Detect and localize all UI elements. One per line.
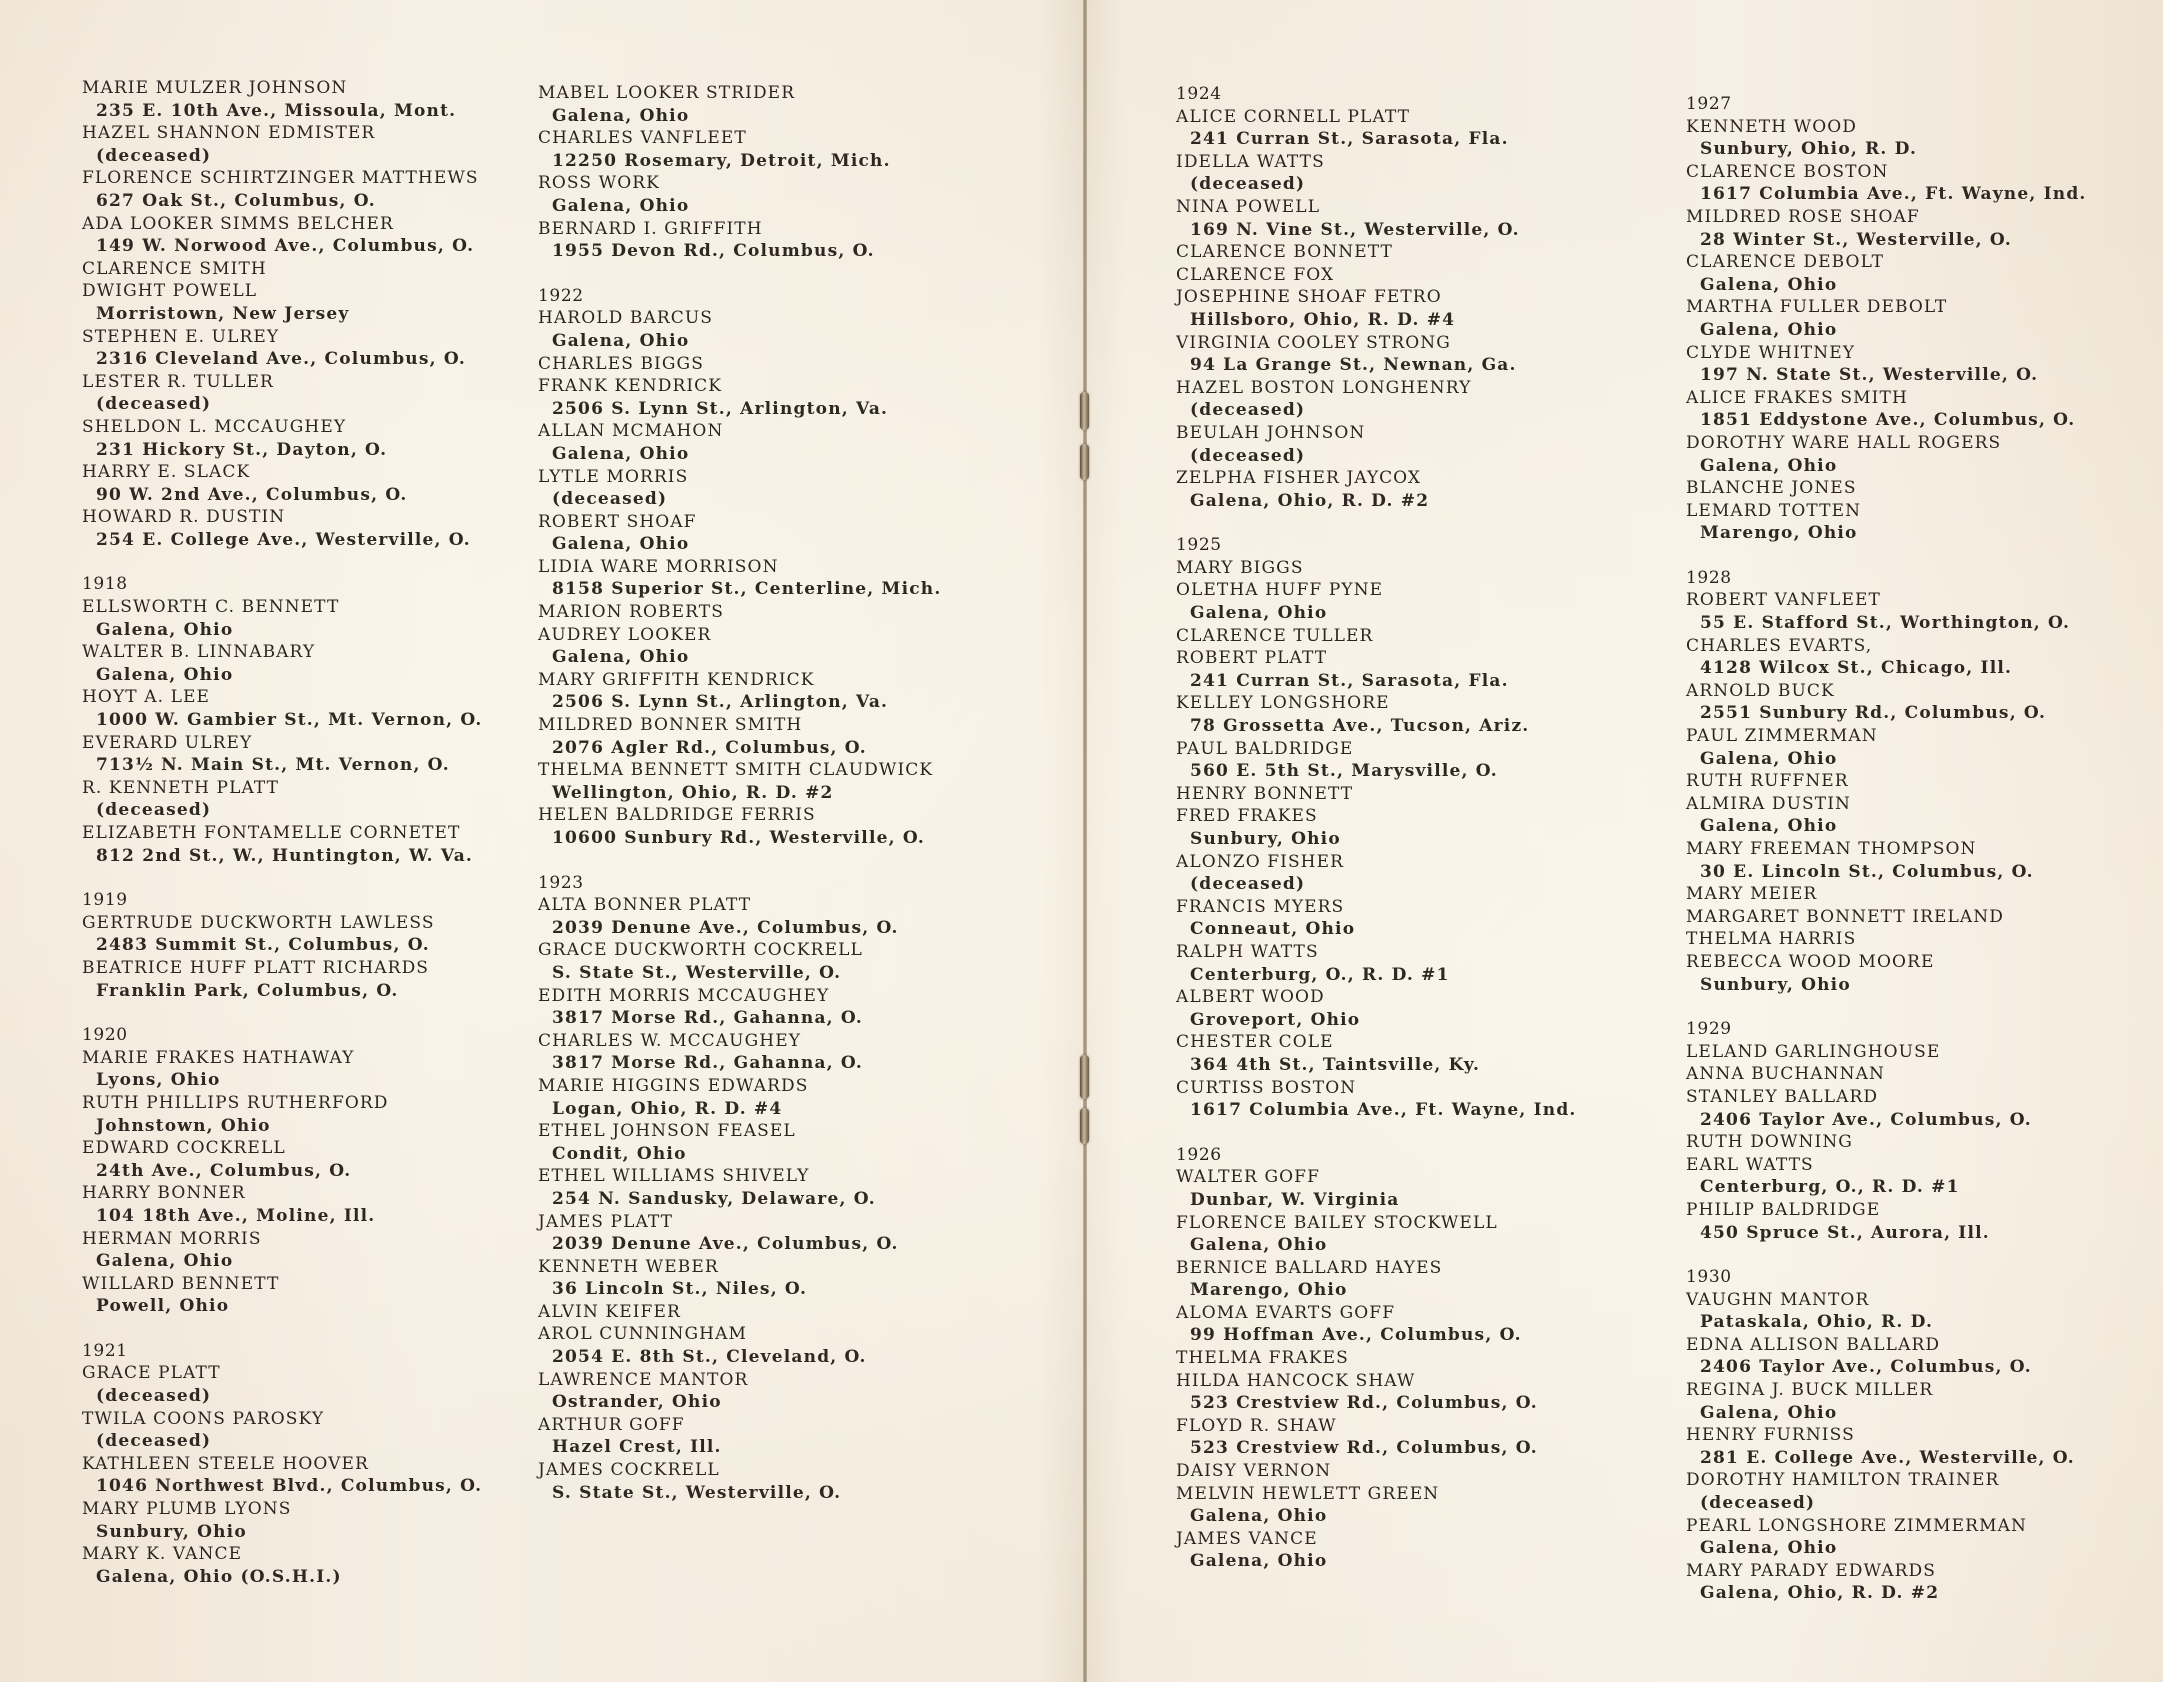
alumnus-name: PAUL BALDRIDGE xyxy=(1176,738,1577,761)
alumnus-address: 241 Curran St., Sarasota, Fla. xyxy=(1176,128,1577,151)
alumnus-address: 1617 Columbia Ave., Ft. Wayne, Ind. xyxy=(1686,183,2087,206)
booklet-spine xyxy=(1083,0,1087,1682)
alumnus-address: 55 E. Stafford St., Worthington, O. xyxy=(1686,612,2087,635)
class-year-heading: 1925 xyxy=(1176,534,1577,557)
alumnus-address: Galena, Ohio xyxy=(1686,455,2087,478)
class-year-section: 1930VAUGHN MANTORPataskala, Ohio, R. D.E… xyxy=(1686,1266,2087,1605)
alumnus-address: Galena, Ohio (O.S.H.I.) xyxy=(82,1566,483,1589)
alumnus-name: THELMA BENNETT SMITH CLAUDWICK xyxy=(538,759,941,782)
alumnus-name: ROSS WORK xyxy=(538,172,941,195)
class-year-heading: 1929 xyxy=(1686,1018,2087,1041)
alumnus-address: Centerburg, O., R. D. #1 xyxy=(1176,964,1577,987)
alumnus-address: 24th Ave., Columbus, O. xyxy=(82,1160,483,1183)
alumnus-address: Sunbury, Ohio xyxy=(1686,974,2087,997)
alumnus-address: 2506 S. Lynn St., Arlington, Va. xyxy=(538,398,941,421)
alumnus-name: FLORENCE BAILEY STOCKWELL xyxy=(1176,1212,1577,1235)
alumnus-address: 1617 Columbia Ave., Ft. Wayne, Ind. xyxy=(1176,1099,1577,1122)
alumnus-name: CLARENCE FOX xyxy=(1176,264,1577,287)
alumnus-address: Dunbar, W. Virginia xyxy=(1176,1189,1577,1212)
alumnus-name: HAROLD BARCUS xyxy=(538,307,941,330)
alumnus-name: EDWARD COCKRELL xyxy=(82,1137,483,1160)
alumnus-name: TWILA COONS PAROSKY xyxy=(82,1408,483,1431)
alumnus-name: ARNOLD BUCK xyxy=(1686,680,2087,703)
section-spacer xyxy=(1686,996,2087,1018)
alumnus-name: HARRY BONNER xyxy=(82,1182,483,1205)
alumnus-name: MARIE HIGGINS EDWARDS xyxy=(538,1075,941,1098)
alumnus-address: Galena, Ohio xyxy=(82,1250,483,1273)
section-spacer xyxy=(538,263,941,285)
alumnus-name: KATHLEEN STEELE HOOVER xyxy=(82,1453,483,1476)
alumnus-name: MARY GRIFFITH KENDRICK xyxy=(538,669,941,692)
alumnus-name: DOROTHY WARE HALL ROGERS xyxy=(1686,432,2087,455)
alumnus-name: ETHEL WILLIAMS SHIVELY xyxy=(538,1165,941,1188)
class-year-heading: 1922 xyxy=(538,285,941,308)
alumnus-address: 450 Spruce St., Aurora, Ill. xyxy=(1686,1222,2087,1245)
class-year-heading: 1918 xyxy=(82,573,483,596)
alumnus-name: MARY BIGGS xyxy=(1176,557,1577,580)
alumnus-address: Conneaut, Ohio xyxy=(1176,918,1577,941)
alumnus-address: Marengo, Ohio xyxy=(1686,522,2087,545)
alumnus-address: Sunbury, Ohio xyxy=(82,1521,483,1544)
alumnus-name: ADA LOOKER SIMMS BELCHER xyxy=(82,213,483,236)
alumnus-address: 254 N. Sandusky, Delaware, O. xyxy=(538,1188,941,1211)
class-year-heading: 1920 xyxy=(82,1024,483,1047)
alumnus-address: 2483 Summit St., Columbus, O. xyxy=(82,934,483,957)
alumnus-name: HAZEL BOSTON LONGHENRY xyxy=(1176,377,1577,400)
alumnus-name: MARIE FRAKES HATHAWAY xyxy=(82,1047,483,1070)
alumnus-name: GERTRUDE DUCKWORTH LAWLESS xyxy=(82,912,483,935)
deceased-note: (deceased) xyxy=(82,1430,483,1453)
alumnus-address: 713½ N. Main St., Mt. Vernon, O. xyxy=(82,754,483,777)
directory-column-4: 1927KENNETH WOODSunbury, Ohio, R. D.CLAR… xyxy=(1686,93,2087,1605)
alumnus-address: 627 Oak St., Columbus, O. xyxy=(82,190,483,213)
alumnus-address: Galena, Ohio xyxy=(1176,1505,1577,1528)
alumnus-name: KENNETH WOOD xyxy=(1686,116,2087,139)
staple-icon xyxy=(1080,444,1089,480)
section-spacer xyxy=(82,551,483,573)
alumnus-address: Galena, Ohio, R. D. #2 xyxy=(1176,490,1577,513)
alumnus-address: 2551 Sunbury Rd., Columbus, O. xyxy=(1686,702,2087,725)
alumnus-address: Galena, Ohio xyxy=(538,195,941,218)
section-spacer xyxy=(538,850,941,872)
alumnus-name: CHARLES BIGGS xyxy=(538,353,941,376)
class-year-heading: 1919 xyxy=(82,889,483,912)
class-year-section: MARIE MULZER JOHNSON235 E. 10th Ave., Mi… xyxy=(82,77,483,551)
alumnus-name: CHESTER COLE xyxy=(1176,1031,1577,1054)
alumnus-name: OLETHA HUFF PYNE xyxy=(1176,579,1577,602)
alumnus-address: 812 2nd St., W., Huntington, W. Va. xyxy=(82,845,483,868)
alumnus-name: ALVIN KEIFER xyxy=(538,1301,941,1324)
alumnus-name: BERNICE BALLARD HAYES xyxy=(1176,1257,1577,1280)
deceased-note: (deceased) xyxy=(82,145,483,168)
alumnus-address: Galena, Ohio xyxy=(538,105,941,128)
class-year-heading: 1924 xyxy=(1176,83,1577,106)
staple-icon xyxy=(1080,1055,1089,1099)
alumnus-name: MARY PLUMB LYONS xyxy=(82,1498,483,1521)
alumnus-address: 8158 Superior St., Centerline, Mich. xyxy=(538,578,941,601)
alumnus-name: ELLSWORTH C. BENNETT xyxy=(82,596,483,619)
class-year-section: 1922HAROLD BARCUSGalena, OhioCHARLES BIG… xyxy=(538,285,941,850)
deceased-note: (deceased) xyxy=(1176,873,1577,896)
alumnus-name: EDITH MORRIS MCCAUGHEY xyxy=(538,985,941,1008)
alumnus-name: ALICE CORNELL PLATT xyxy=(1176,106,1577,129)
alumnus-name: PAUL ZIMMERMAN xyxy=(1686,725,2087,748)
alumnus-name: HAZEL SHANNON EDMISTER xyxy=(82,122,483,145)
alumnus-name: CLARENCE BONNETT xyxy=(1176,241,1577,264)
alumnus-address: 235 E. 10th Ave., Missoula, Mont. xyxy=(82,100,483,123)
alumnus-name: ALICE FRAKES SMITH xyxy=(1686,387,2087,410)
alumnus-address: Wellington, Ohio, R. D. #2 xyxy=(538,782,941,805)
alumnus-address: 1000 W. Gambier St., Mt. Vernon, O. xyxy=(82,709,483,732)
alumnus-address: Centerburg, O., R. D. #1 xyxy=(1686,1176,2087,1199)
alumnus-address: 94 La Grange St., Newnan, Ga. xyxy=(1176,354,1577,377)
alumnus-name: LEMARD TOTTEN xyxy=(1686,500,2087,523)
alumnus-name: LELAND GARLINGHOUSE xyxy=(1686,1041,2087,1064)
alumnus-name: CLYDE WHITNEY xyxy=(1686,342,2087,365)
alumnus-name: THELMA HARRIS xyxy=(1686,928,2087,951)
section-spacer xyxy=(82,1318,483,1340)
alumnus-address: Galena, Ohio xyxy=(1686,274,2087,297)
alumnus-address: 90 W. 2nd Ave., Columbus, O. xyxy=(82,484,483,507)
alumnus-address: 2506 S. Lynn St., Arlington, Va. xyxy=(538,691,941,714)
alumnus-address: Condit, Ohio xyxy=(538,1143,941,1166)
alumnus-name: JOSEPHINE SHOAF FETRO xyxy=(1176,286,1577,309)
alumnus-name: KELLEY LONGSHORE xyxy=(1176,692,1577,715)
alumnus-name: ALONZO FISHER xyxy=(1176,851,1577,874)
alumnus-name: STEPHEN E. ULREY xyxy=(82,326,483,349)
alumnus-name: BLANCHE JONES xyxy=(1686,477,2087,500)
alumnus-name: THELMA FRAKES xyxy=(1176,1347,1577,1370)
deceased-note: (deceased) xyxy=(82,393,483,416)
alumnus-name: LESTER R. TULLER xyxy=(82,371,483,394)
class-year-heading: 1923 xyxy=(538,872,941,895)
alumnus-name: RUTH PHILLIPS RUTHERFORD xyxy=(82,1092,483,1115)
alumnus-name: MILDRED BONNER SMITH xyxy=(538,714,941,737)
alumnus-name: AROL CUNNINGHAM xyxy=(538,1323,941,1346)
staple-icon xyxy=(1080,392,1089,430)
alumnus-address: 104 18th Ave., Moline, Ill. xyxy=(82,1205,483,1228)
section-spacer xyxy=(1176,1122,1577,1144)
alumnus-name: MARY K. VANCE xyxy=(82,1543,483,1566)
alumnus-address: Groveport, Ohio xyxy=(1176,1009,1577,1032)
class-year-section: 1918ELLSWORTH C. BENNETTGalena, OhioWALT… xyxy=(82,573,483,867)
alumnus-name: DAISY VERNON xyxy=(1176,1460,1577,1483)
alumnus-name: WALTER B. LINNABARY xyxy=(82,641,483,664)
alumnus-address: Galena, Ohio xyxy=(538,330,941,353)
alumnus-name: LAWRENCE MANTOR xyxy=(538,1369,941,1392)
directory-column-3: 1924ALICE CORNELL PLATT241 Curran St., S… xyxy=(1176,83,1577,1573)
alumnus-address: S. State St., Westerville, O. xyxy=(538,1482,941,1505)
alumnus-name: GRACE PLATT xyxy=(82,1362,483,1385)
alumnus-name: JAMES COCKRELL xyxy=(538,1459,941,1482)
alumnus-name: CHARLES W. MCCAUGHEY xyxy=(538,1030,941,1053)
alumnus-address: 254 E. College Ave., Westerville, O. xyxy=(82,529,483,552)
alumnus-name: HERMAN MORRIS xyxy=(82,1228,483,1251)
alumnus-address: 241 Curran St., Sarasota, Fla. xyxy=(1176,670,1577,693)
alumnus-name: PHILIP BALDRIDGE xyxy=(1686,1199,2087,1222)
alumnus-address: Galena, Ohio xyxy=(1686,319,2087,342)
alumnus-name: PEARL LONGSHORE ZIMMERMAN xyxy=(1686,1515,2087,1538)
alumnus-address: 2076 Agler Rd., Columbus, O. xyxy=(538,737,941,760)
alumnus-address: Logan, Ohio, R. D. #4 xyxy=(538,1098,941,1121)
alumnus-address: Galena, Ohio xyxy=(1686,1537,2087,1560)
alumnus-address: Lyons, Ohio xyxy=(82,1069,483,1092)
alumnus-address: 99 Hoffman Ave., Columbus, O. xyxy=(1176,1324,1577,1347)
alumnus-name: REGINA J. BUCK MILLER xyxy=(1686,1379,2087,1402)
class-year-section: 1926WALTER GOFFDunbar, W. VirginiaFLOREN… xyxy=(1176,1144,1577,1573)
alumnus-address: 169 N. Vine St., Westerville, O. xyxy=(1176,219,1577,242)
alumnus-name: FRED FRAKES xyxy=(1176,805,1577,828)
alumnus-name: RALPH WATTS xyxy=(1176,941,1577,964)
alumnus-name: WILLARD BENNETT xyxy=(82,1273,483,1296)
alumnus-name: SHELDON L. MCCAUGHEY xyxy=(82,416,483,439)
alumnus-address: 2406 Taylor Ave., Columbus, O. xyxy=(1686,1109,2087,1132)
alumnus-address: Hillsboro, Ohio, R. D. #4 xyxy=(1176,309,1577,332)
alumnus-name: MARY MEIER xyxy=(1686,883,2087,906)
alumnus-address: 2406 Taylor Ave., Columbus, O. xyxy=(1686,1356,2087,1379)
alumnus-address: Galena, Ohio xyxy=(1686,1402,2087,1425)
alumnus-name: MARTHA FULLER DEBOLT xyxy=(1686,296,2087,319)
alumnus-address: 523 Crestview Rd., Columbus, O. xyxy=(1176,1392,1577,1415)
alumnus-name: GRACE DUCKWORTH COCKRELL xyxy=(538,939,941,962)
alumnus-address: Pataskala, Ohio, R. D. xyxy=(1686,1311,2087,1334)
alumnus-name: CLARENCE SMITH xyxy=(82,258,483,281)
alumnus-address: 1955 Devon Rd., Columbus, O. xyxy=(538,240,941,263)
class-year-section: 1924ALICE CORNELL PLATT241 Curran St., S… xyxy=(1176,83,1577,512)
alumnus-name: CLARENCE DEBOLT xyxy=(1686,251,2087,274)
alumnus-name: HOWARD R. DUSTIN xyxy=(82,506,483,529)
alumnus-address: 10600 Sunbury Rd., Westerville, O. xyxy=(538,827,941,850)
alumnus-address: 523 Crestview Rd., Columbus, O. xyxy=(1176,1437,1577,1460)
alumnus-name: BEATRICE HUFF PLATT RICHARDS xyxy=(82,957,483,980)
alumnus-address: S. State St., Westerville, O. xyxy=(538,962,941,985)
class-year-section: 1925MARY BIGGSOLETHA HUFF PYNEGalena, Oh… xyxy=(1176,534,1577,1121)
alumnus-address: Galena, Ohio xyxy=(1686,815,2087,838)
class-year-section: MABEL LOOKER STRIDERGalena, OhioCHARLES … xyxy=(538,82,941,263)
alumnus-name: JAMES VANCE xyxy=(1176,1528,1577,1551)
deceased-note: (deceased) xyxy=(82,799,483,822)
alumnus-name: CLARENCE BOSTON xyxy=(1686,161,2087,184)
alumnus-address: Hazel Crest, Ill. xyxy=(538,1436,941,1459)
alumnus-address: 36 Lincoln St., Niles, O. xyxy=(538,1278,941,1301)
alumnus-name: ROBERT VANFLEET xyxy=(1686,589,2087,612)
alumnus-name: LIDIA WARE MORRISON xyxy=(538,556,941,579)
alumnus-address: 28 Winter St., Westerville, O. xyxy=(1686,229,2087,252)
alumnus-name: MARY FREEMAN THOMPSON xyxy=(1686,838,2087,861)
alumnus-address: 2316 Cleveland Ave., Columbus, O. xyxy=(82,348,483,371)
alumnus-address: 2039 Denune Ave., Columbus, O. xyxy=(538,917,941,940)
alumnus-name: MABEL LOOKER STRIDER xyxy=(538,82,941,105)
deceased-note: (deceased) xyxy=(82,1385,483,1408)
alumnus-name: MARION ROBERTS xyxy=(538,601,941,624)
alumnus-name: RUTH DOWNING xyxy=(1686,1131,2087,1154)
alumnus-name: IDELLA WATTS xyxy=(1176,151,1577,174)
alumnus-address: 281 E. College Ave., Westerville, O. xyxy=(1686,1447,2087,1470)
alumnus-address: Galena, Ohio xyxy=(1176,1550,1577,1573)
booklet-spread: MARIE MULZER JOHNSON235 E. 10th Ave., Mi… xyxy=(0,0,2163,1682)
class-year-section: 1920MARIE FRAKES HATHAWAYLyons, OhioRUTH… xyxy=(82,1024,483,1318)
alumnus-address: Galena, Ohio xyxy=(538,646,941,669)
alumnus-address: 1851 Eddystone Ave., Columbus, O. xyxy=(1686,409,2087,432)
alumnus-address: 1046 Northwest Blvd., Columbus, O. xyxy=(82,1475,483,1498)
deceased-note: (deceased) xyxy=(538,488,941,511)
alumnus-name: STANLEY BALLARD xyxy=(1686,1086,2087,1109)
alumnus-name: EARL WATTS xyxy=(1686,1154,2087,1177)
deceased-note: (deceased) xyxy=(1176,399,1577,422)
alumnus-name: AUDREY LOOKER xyxy=(538,624,941,647)
alumnus-name: CHARLES EVARTS, xyxy=(1686,635,2087,658)
alumnus-address: Galena, Ohio, R. D. #2 xyxy=(1686,1582,2087,1605)
directory-column-1: MARIE MULZER JOHNSON235 E. 10th Ave., Mi… xyxy=(82,77,483,1588)
deceased-note: (deceased) xyxy=(1686,1492,2087,1515)
alumnus-address: Galena, Ohio xyxy=(1176,1234,1577,1257)
class-year-section: 1927KENNETH WOODSunbury, Ohio, R. D.CLAR… xyxy=(1686,93,2087,545)
alumnus-name: MARGARET BONNETT IRELAND xyxy=(1686,906,2087,929)
deceased-note: (deceased) xyxy=(1176,173,1577,196)
alumnus-address: Galena, Ohio xyxy=(538,443,941,466)
directory-column-2: MABEL LOOKER STRIDERGalena, OhioCHARLES … xyxy=(538,82,941,1504)
alumnus-name: CLARENCE TULLER xyxy=(1176,625,1577,648)
alumnus-name: DWIGHT POWELL xyxy=(82,280,483,303)
alumnus-address: 149 W. Norwood Ave., Columbus, O. xyxy=(82,235,483,258)
alumnus-address: 3817 Morse Rd., Gahanna, O. xyxy=(538,1007,941,1030)
alumnus-name: ALBERT WOOD xyxy=(1176,986,1577,1009)
staple-icon xyxy=(1080,1108,1089,1144)
alumnus-address: Sunbury, Ohio, R. D. xyxy=(1686,138,2087,161)
alumnus-address: Galena, Ohio xyxy=(82,619,483,642)
alumnus-name: ALMIRA DUSTIN xyxy=(1686,793,2087,816)
section-spacer xyxy=(82,867,483,889)
alumnus-name: NINA POWELL xyxy=(1176,196,1577,219)
alumnus-name: R. KENNETH PLATT xyxy=(82,777,483,800)
class-year-heading: 1921 xyxy=(82,1340,483,1363)
alumnus-name: EVERARD ULREY xyxy=(82,732,483,755)
alumnus-name: ARTHUR GOFF xyxy=(538,1414,941,1437)
alumnus-name: BERNARD I. GRIFFITH xyxy=(538,218,941,241)
alumnus-name: ALLAN MCMAHON xyxy=(538,420,941,443)
class-year-heading: 1926 xyxy=(1176,1144,1577,1167)
alumnus-name: MARIE MULZER JOHNSON xyxy=(82,77,483,100)
alumnus-name: VAUGHN MANTOR xyxy=(1686,1289,2087,1312)
alumnus-name: ROBERT SHOAF xyxy=(538,511,941,534)
alumnus-name: CURTISS BOSTON xyxy=(1176,1077,1577,1100)
section-spacer xyxy=(1176,512,1577,534)
alumnus-name: ANNA BUCHANNAN xyxy=(1686,1063,2087,1086)
alumnus-name: ZELPHA FISHER JAYCOX xyxy=(1176,467,1577,490)
class-year-section: 1919GERTRUDE DUCKWORTH LAWLESS2483 Summi… xyxy=(82,889,483,1002)
alumnus-name: FLORENCE SCHIRTZINGER MATTHEWS xyxy=(82,167,483,190)
alumnus-address: 3817 Morse Rd., Gahanna, O. xyxy=(538,1052,941,1075)
alumnus-address: Sunbury, Ohio xyxy=(1176,828,1577,851)
alumnus-name: HENRY FURNISS xyxy=(1686,1424,2087,1447)
alumnus-name: FLOYD R. SHAW xyxy=(1176,1415,1577,1438)
class-year-section: 1929LELAND GARLINGHOUSEANNA BUCHANNANSTA… xyxy=(1686,1018,2087,1244)
class-year-section: 1928ROBERT VANFLEET55 E. Stafford St., W… xyxy=(1686,567,2087,996)
alumnus-address: Galena, Ohio xyxy=(1686,748,2087,771)
alumnus-address: 12250 Rosemary, Detroit, Mich. xyxy=(538,150,941,173)
deceased-note: (deceased) xyxy=(1176,445,1577,468)
alumnus-name: VIRGINIA COOLEY STRONG xyxy=(1176,332,1577,355)
alumnus-name: RUTH RUFFNER xyxy=(1686,770,2087,793)
alumnus-name: MELVIN HEWLETT GREEN xyxy=(1176,1483,1577,1506)
alumnus-name: HARRY E. SLACK xyxy=(82,461,483,484)
alumnus-address: 78 Grossetta Ave., Tucson, Ariz. xyxy=(1176,715,1577,738)
alumnus-name: HENRY BONNETT xyxy=(1176,783,1577,806)
section-spacer xyxy=(1686,545,2087,567)
alumnus-address: 30 E. Lincoln St., Columbus, O. xyxy=(1686,861,2087,884)
alumnus-address: Marengo, Ohio xyxy=(1176,1279,1577,1302)
alumnus-name: WALTER GOFF xyxy=(1176,1166,1577,1189)
alumnus-name: JAMES PLATT xyxy=(538,1211,941,1234)
class-year-heading: 1927 xyxy=(1686,93,2087,116)
alumnus-address: 560 E. 5th St., Marysville, O. xyxy=(1176,760,1577,783)
alumnus-name: HOYT A. LEE xyxy=(82,686,483,709)
class-year-heading: 1928 xyxy=(1686,567,2087,590)
alumnus-name: REBECCA WOOD MOORE xyxy=(1686,951,2087,974)
alumnus-name: HELEN BALDRIDGE FERRIS xyxy=(538,804,941,827)
alumnus-address: 197 N. State St., Westerville, O. xyxy=(1686,364,2087,387)
alumnus-name: KENNETH WEBER xyxy=(538,1256,941,1279)
alumnus-address: Galena, Ohio xyxy=(538,533,941,556)
alumnus-name: EDNA ALLISON BALLARD xyxy=(1686,1334,2087,1357)
alumnus-name: ETHEL JOHNSON FEASEL xyxy=(538,1120,941,1143)
alumnus-address: Galena, Ohio xyxy=(1176,602,1577,625)
alumnus-name: ELIZABETH FONTAMELLE CORNETET xyxy=(82,822,483,845)
section-spacer xyxy=(1686,1244,2087,1266)
alumnus-address: Galena, Ohio xyxy=(82,664,483,687)
alumnus-address: Ostrander, Ohio xyxy=(538,1391,941,1414)
section-spacer xyxy=(82,1002,483,1024)
alumnus-name: LYTLE MORRIS xyxy=(538,466,941,489)
alumnus-name: HILDA HANCOCK SHAW xyxy=(1176,1370,1577,1393)
alumnus-name: ALTA BONNER PLATT xyxy=(538,894,941,917)
alumnus-name: BEULAH JOHNSON xyxy=(1176,422,1577,445)
alumnus-name: ALOMA EVARTS GOFF xyxy=(1176,1302,1577,1325)
alumnus-name: MARY PARADY EDWARDS xyxy=(1686,1560,2087,1583)
class-year-section: 1923ALTA BONNER PLATT2039 Denune Ave., C… xyxy=(538,872,941,1505)
alumnus-name: FRANCIS MYERS xyxy=(1176,896,1577,919)
alumnus-address: 231 Hickory St., Dayton, O. xyxy=(82,439,483,462)
alumnus-address: 364 4th St., Taintsville, Ky. xyxy=(1176,1054,1577,1077)
class-year-section: 1921GRACE PLATT(deceased)TWILA COONS PAR… xyxy=(82,1340,483,1589)
alumnus-address: 2054 E. 8th St., Cleveland, O. xyxy=(538,1346,941,1369)
alumnus-name: CHARLES VANFLEET xyxy=(538,127,941,150)
alumnus-address: Morristown, New Jersey xyxy=(82,303,483,326)
alumnus-address: Franklin Park, Columbus, O. xyxy=(82,980,483,1003)
alumnus-name: FRANK KENDRICK xyxy=(538,375,941,398)
alumnus-address: Powell, Ohio xyxy=(82,1295,483,1318)
alumnus-address: 2039 Denune Ave., Columbus, O. xyxy=(538,1233,941,1256)
alumnus-address: Johnstown, Ohio xyxy=(82,1115,483,1138)
class-year-heading: 1930 xyxy=(1686,1266,2087,1289)
alumnus-name: MILDRED ROSE SHOAF xyxy=(1686,206,2087,229)
alumnus-address: 4128 Wilcox St., Chicago, Ill. xyxy=(1686,657,2087,680)
alumnus-name: DOROTHY HAMILTON TRAINER xyxy=(1686,1469,2087,1492)
alumnus-name: ROBERT PLATT xyxy=(1176,647,1577,670)
